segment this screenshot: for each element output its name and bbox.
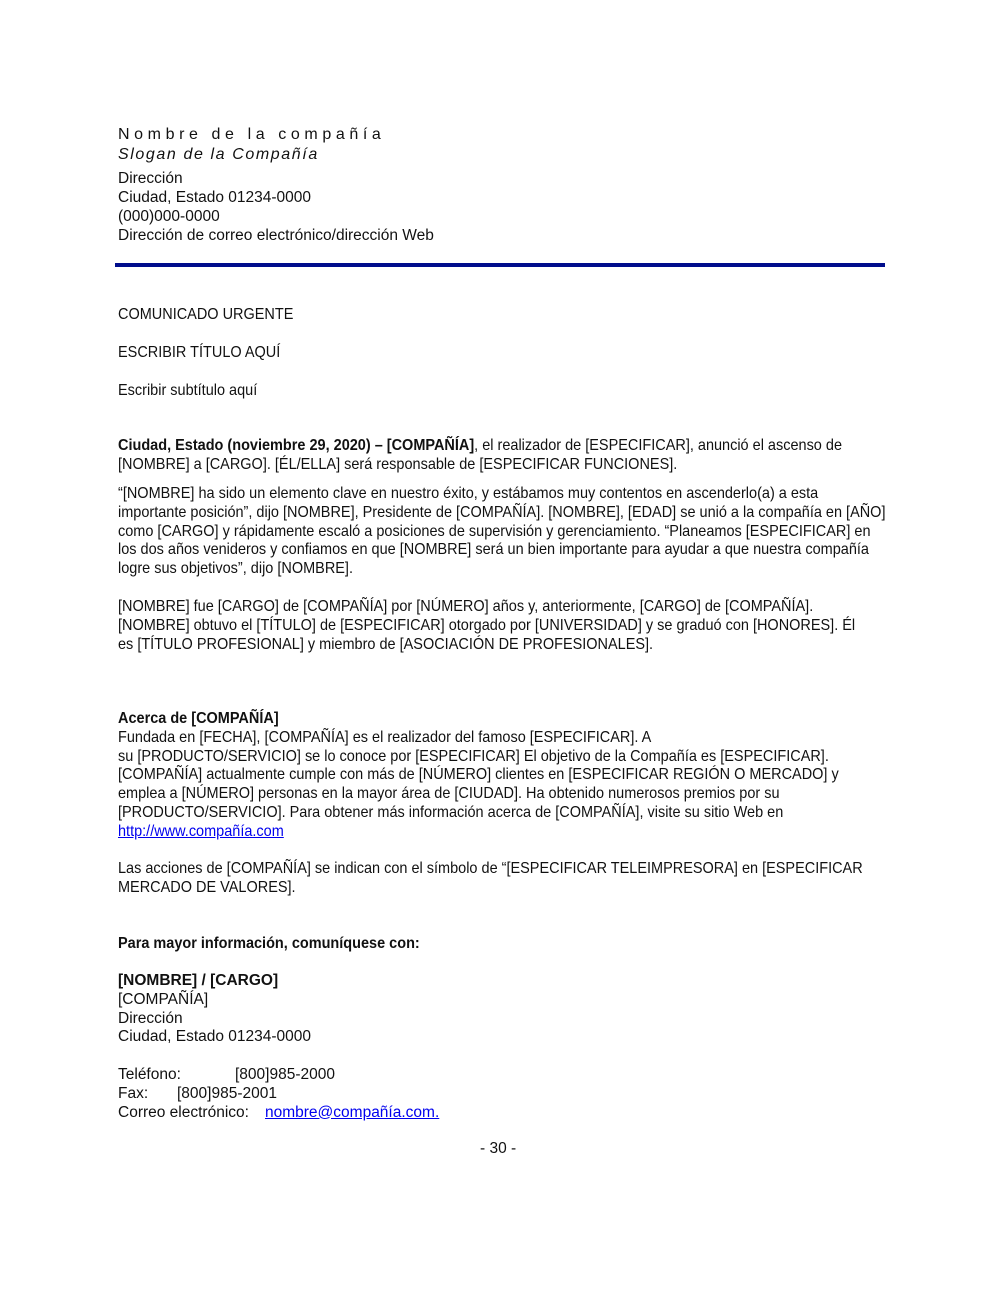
contact-name-title: [NOMBRE] / [CARGO] (118, 972, 311, 991)
contact-company: [COMPAÑÍA] (118, 991, 311, 1010)
contact-city: Ciudad, Estado 01234-0000 (118, 1028, 311, 1047)
email-web-line: Dirección de correo electrónico/direcció… (118, 226, 434, 245)
address-line: Dirección (118, 169, 434, 188)
contact-details: Teléfono:[800]985-2000 Fax:[800]985-2001… (118, 1066, 439, 1122)
company-slogan: Slogan de la Compañía (118, 146, 319, 164)
phone-line: (000)000-0000 (118, 207, 434, 226)
company-name: Nombre de la compañía (118, 126, 385, 144)
paragraph-quote: “[NOMBRE] ha sido un elemento clave en n… (118, 485, 968, 579)
about-heading: Acerca de [COMPAÑÍA] (118, 710, 279, 727)
fax-row: Fax:[800]985-2001 (118, 1085, 439, 1104)
company-address-block: Dirección Ciudad, Estado 01234-0000 (000… (118, 169, 434, 245)
phone-value: [800]985-2000 (235, 1066, 335, 1083)
release-title: ESCRIBIR TÍTULO AQUÍ (118, 344, 968, 362)
contact-email-link[interactable]: nombre@compañía.com. (265, 1104, 439, 1121)
contact-heading: Para mayor información, comuníquese con: (118, 935, 968, 954)
phone-row: Teléfono:[800]985-2000 (118, 1066, 439, 1085)
fax-value: [800]985-2001 (177, 1085, 277, 1102)
header-divider (115, 263, 885, 267)
contact-block: [NOMBRE] / [CARGO] [COMPAÑÍA] Dirección … (118, 972, 311, 1047)
page-number: - 30 - (480, 1140, 516, 1158)
email-row: Correo electrónico:nombre@compañía.com. (118, 1104, 439, 1123)
about-section: Acerca de [COMPAÑÍA] Fundada en [FECHA],… (118, 710, 968, 842)
paragraph-background: [NOMBRE] fue [CARGO] de [COMPAÑÍA] por [… (118, 598, 953, 654)
paragraph-stock: Las acciones de [COMPAÑÍA] se indican co… (118, 860, 968, 898)
contact-address: Dirección (118, 1010, 311, 1029)
city-line: Ciudad, Estado 01234-0000 (118, 188, 434, 207)
dateline: Ciudad, Estado (noviembre 29, 2020) – [C… (118, 437, 474, 454)
release-label: COMUNICADO URGENTE (118, 306, 968, 324)
release-subtitle: Escribir subtítulo aquí (118, 382, 968, 400)
company-website-link[interactable]: http://www.compañía.com (118, 823, 284, 840)
paragraph-announcement: Ciudad, Estado (noviembre 29, 2020) – [C… (118, 437, 968, 475)
